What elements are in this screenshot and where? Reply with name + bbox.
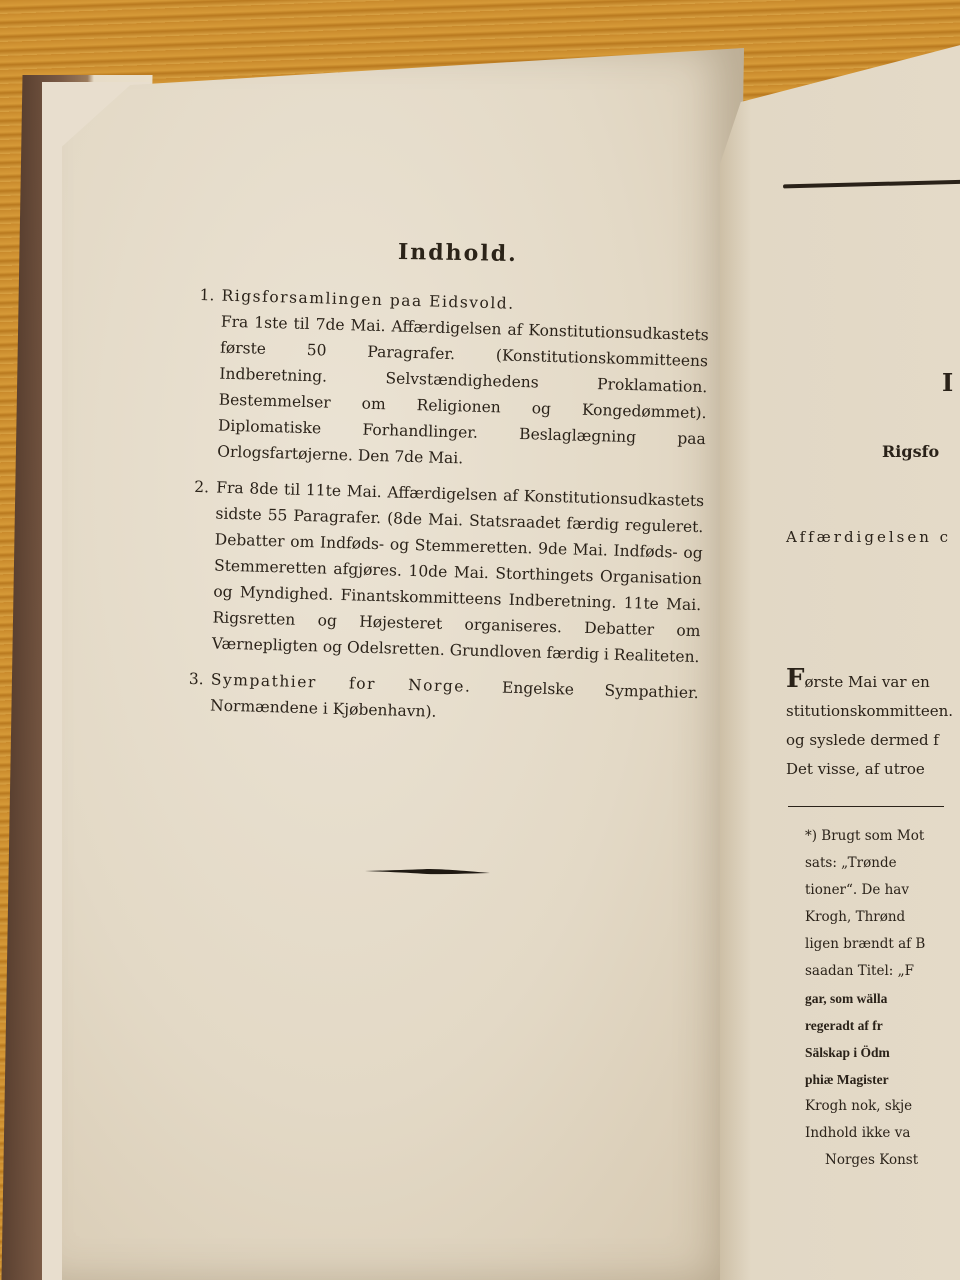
drop-cap: F [786, 664, 804, 694]
page-title: Indhold. [398, 239, 518, 267]
chapter-subtitle: Rigsfo [882, 442, 939, 461]
toc-entry: 3. Sympathier for Norge. Engelske Sympat… [188, 666, 699, 732]
table-of-contents: 1. Rigsforsamlingen paa Eidsvold. Fra 1s… [188, 282, 710, 742]
chapter-letter: I [942, 368, 953, 397]
entry-text: Fra 1ste til 7de Mai. Affærdigelsen af K… [217, 309, 709, 479]
toc-entry: 2. Fra 8de til 11te Mai. Affærdigelsen a… [190, 474, 705, 670]
ornament-rule-icon [365, 868, 490, 875]
section-line: Affærdigelsen c [786, 528, 951, 546]
entry-number: 3. [188, 666, 211, 719]
footnote-rule [788, 806, 944, 807]
entry-text: Fra 8de til 11te Mai. Affærdigelsen af K… [212, 475, 705, 671]
body-text: Første Mai var en stitutionskommitteen. … [786, 665, 953, 784]
toc-entry: 1. Rigsforsamlingen paa Eidsvold. Fra 1s… [195, 282, 710, 478]
footnote: *) Brugt som Mot sats: „Trønde tioner“. … [805, 823, 925, 1174]
entry-heading: Sympathier for Norge. [211, 670, 472, 695]
